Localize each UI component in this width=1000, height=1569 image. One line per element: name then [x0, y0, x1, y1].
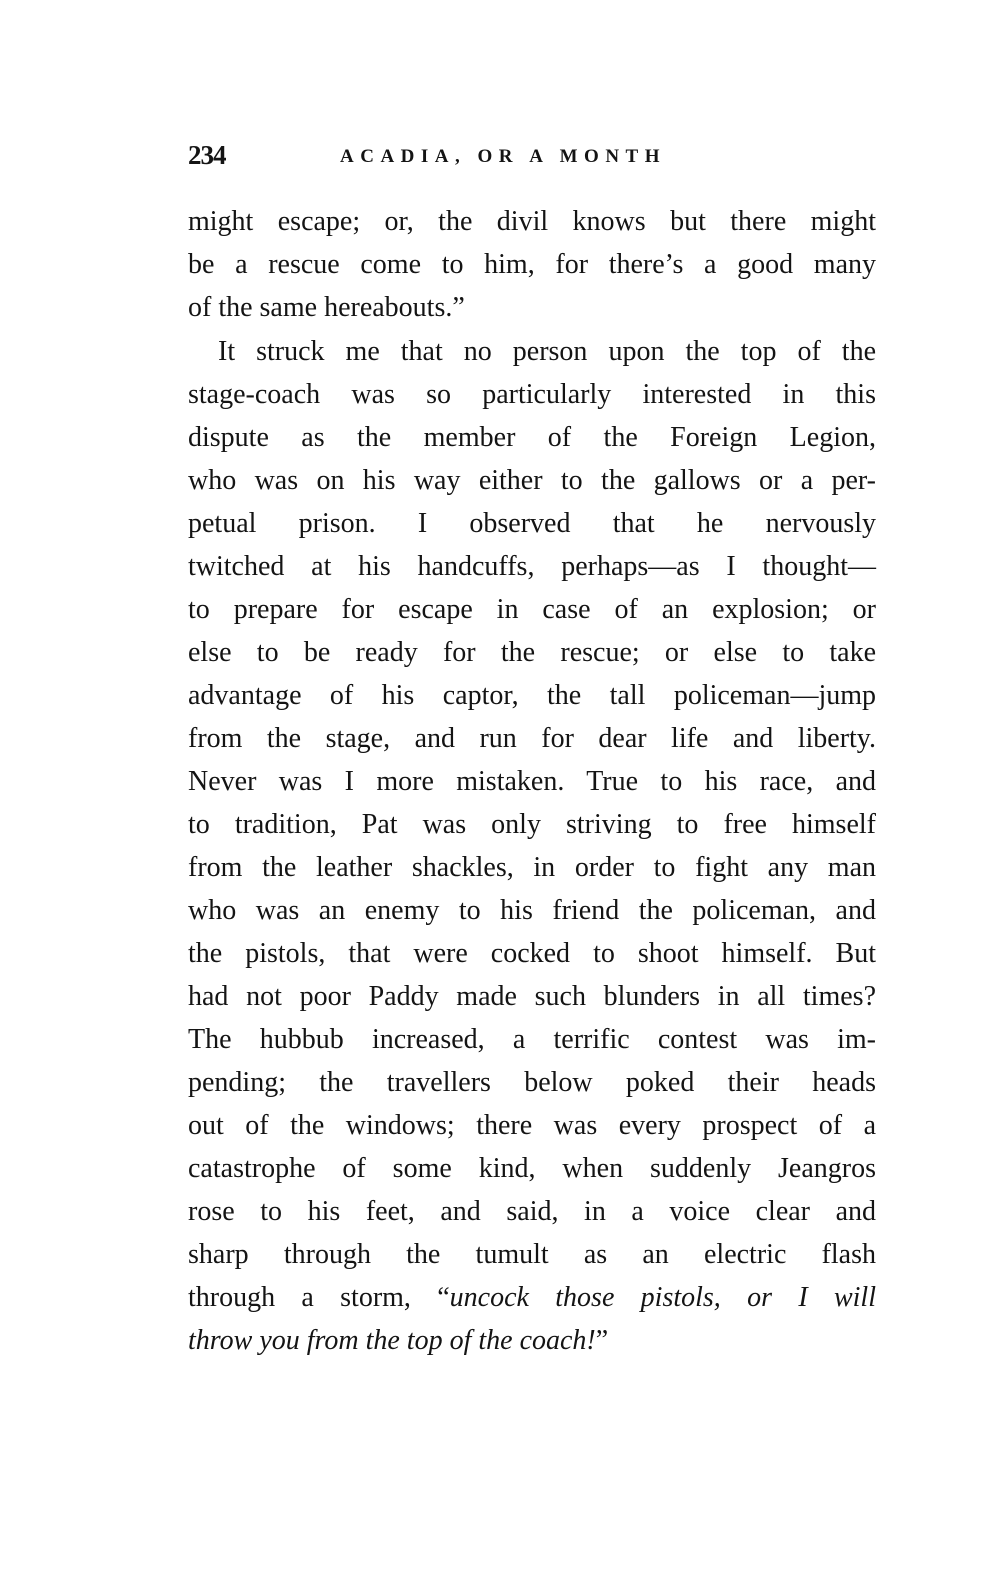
book-page: 234 ACADIA, OR A MONTH might escape; or,… [0, 0, 1000, 1569]
closing-quote: ” [596, 1325, 608, 1356]
text-line: from the stage, and run for dear life an… [188, 717, 876, 760]
quote-lead-in: through a storm, “ [188, 1282, 450, 1313]
text-line: to tradition, Pat was only striving to f… [188, 803, 876, 846]
page-header: 234 ACADIA, OR A MONTH [188, 140, 878, 176]
paragraph-first-line: It struck me that no person upon the top… [188, 330, 876, 373]
text-line: The hubbub increased, a terrific contest… [188, 1018, 876, 1061]
text-line: advantage of his captor, the tall police… [188, 674, 876, 717]
text-line: of the same hereabouts.” [188, 286, 876, 329]
quoted-speech: uncock those pistols, or I will [450, 1282, 876, 1313]
text-line: who was an enemy to his friend the polic… [188, 889, 876, 932]
text-line: catastrophe of some kind, when suddenly … [188, 1147, 876, 1190]
text-line: pending; the travellers below poked thei… [188, 1061, 876, 1104]
text-line: had not poor Paddy made such blunders in… [188, 975, 876, 1018]
text-line: else to be ready for the rescue; or else… [188, 631, 876, 674]
text-line-quote-end: throw you from the top of the coach!” [188, 1319, 876, 1362]
text-line: sharp through the tumult as an electric … [188, 1233, 876, 1276]
text-line: be a rescue come to him, for there’s a g… [188, 243, 876, 286]
text-line: dispute as the member of the Foreign Leg… [188, 416, 876, 459]
running-head: ACADIA, OR A MONTH [340, 146, 666, 168]
text-line: might escape; or, the divil knows but th… [188, 200, 876, 243]
text-line-quote-start: through a storm, “uncock those pistols, … [188, 1276, 876, 1319]
text-line: out of the windows; there was every pros… [188, 1104, 876, 1147]
text-line: to prepare for escape in case of an expl… [188, 588, 876, 631]
text-line: twitched at his handcuffs, perhaps—as I … [188, 545, 876, 588]
text-line: who was on his way either to the gallows… [188, 459, 876, 502]
text-line: the pistols, that were cocked to shoot h… [188, 932, 876, 975]
text-line: petual prison. I observed that he nervou… [188, 502, 876, 545]
page-number: 234 [188, 140, 226, 171]
quoted-speech: throw you from the top of the coach! [188, 1325, 596, 1356]
text-line: Never was I more mistaken. True to his r… [188, 760, 876, 803]
text-line: from the leather shackles, in order to f… [188, 846, 876, 889]
text-line: rose to his feet, and said, in a voice c… [188, 1190, 876, 1233]
text-line: stage-coach was so particularly interest… [188, 373, 876, 416]
